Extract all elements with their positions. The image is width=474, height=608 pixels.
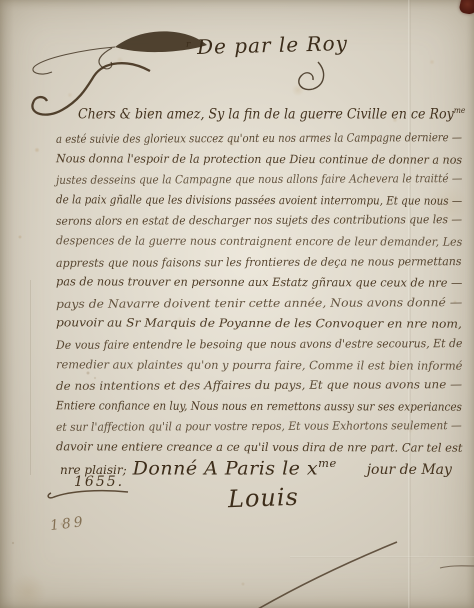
header-flourish-tail <box>33 47 115 74</box>
header-flourish-loop <box>99 48 112 69</box>
page-title: De par le Roy <box>197 31 348 59</box>
body-line: justes desseins que la Campagne que nous… <box>56 168 462 190</box>
body-line: a esté suivie des glorieux succez qu'ont… <box>56 127 462 149</box>
body-line: despences de la guerre nous contraignent… <box>56 230 462 252</box>
manuscript-page: r De par le Roy Chers & bien amez, Sy la… <box>0 0 474 608</box>
closing-dateline: Donné A Paris le xme <box>133 456 337 479</box>
date-year: 1655. <box>74 474 124 490</box>
closing-month: jour de May <box>367 462 452 478</box>
seal-fragment <box>458 0 474 16</box>
body-line: de la paix gñalle que les divisions pass… <box>56 189 462 211</box>
body-line: davoir une entiere creance a ce qu'il vo… <box>56 436 462 458</box>
body-line: serons alors en estat de descharger nos … <box>56 209 462 231</box>
header-mark: r <box>186 40 190 50</box>
body-line: Entiere confiance en luy, Nous nous en r… <box>56 395 462 417</box>
fold-crease-horizontal <box>290 556 474 558</box>
royal-signature: Louis <box>228 483 300 513</box>
bottom-pen-stroke <box>258 542 397 608</box>
body-line: pouvoir au Sr Marquis de Poyanne de les … <box>56 313 462 335</box>
body-line: pas de nous trouver en personne aux Esta… <box>56 271 462 293</box>
body-line: de nos intentions et des Affaires du pay… <box>56 374 462 396</box>
header-flourish <box>115 31 207 52</box>
fold-crease-left <box>30 280 31 475</box>
body-line: pays de Navarre doivent tenir cette anné… <box>56 292 462 314</box>
year-underline-flourish <box>48 491 128 498</box>
body-line: De vous faire entendre le besoing que no… <box>56 333 462 355</box>
edge-pen-stroke <box>440 566 474 568</box>
body-line: Nous donna l'espoir de la protection que… <box>56 148 462 170</box>
body-line: remedier aux plaintes qu'on y pourra fai… <box>56 354 462 376</box>
salutation-line: Chers & bien amez, Sy la fin de la guerr… <box>78 98 465 122</box>
roy-tail-flourish <box>299 62 324 90</box>
body-line: apprests que nous faisons sur les fronti… <box>56 251 462 273</box>
letter-body: a esté suivie des glorieux succez qu'ont… <box>56 128 462 458</box>
body-line: et sur l'affection qu'il a pour vostre r… <box>56 415 462 437</box>
folio-number: 189 <box>49 514 86 534</box>
